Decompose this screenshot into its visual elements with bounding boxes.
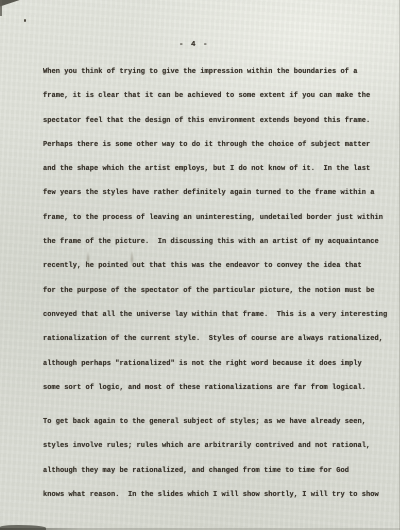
- ink-smudge: [86, 251, 90, 267]
- scanned-document-page: - 4 - When you think of trying to give t…: [0, 0, 400, 530]
- paragraph: To get back again to the general subject…: [43, 410, 387, 507]
- text-line: frame, it is clear that it can be achiev…: [43, 84, 387, 108]
- ink-speck: [24, 19, 26, 22]
- text-line: some sort of logic, and most of these ra…: [43, 376, 387, 400]
- paragraph: When you think of trying to give the imp…: [43, 60, 387, 400]
- text-line: To get back again to the general subject…: [43, 410, 387, 434]
- text-line: and the shape which the artist employs, …: [43, 157, 387, 181]
- text-line: the frame of the picture. In discussing …: [43, 230, 387, 254]
- text-line: frame, to the process of leaving an unin…: [43, 206, 387, 230]
- text-line: spectator feel that the design of this e…: [43, 109, 387, 133]
- typewritten-text-body: When you think of trying to give the imp…: [43, 60, 387, 507]
- text-line: styles involve rules; rules which are ar…: [43, 434, 387, 458]
- text-line: few years the styles have rather definit…: [43, 181, 387, 205]
- text-line: When you think of trying to give the imp…: [43, 60, 387, 84]
- text-line: recently, he pointed out that this was t…: [43, 254, 387, 278]
- text-line: Perhaps there is some other way to do it…: [43, 133, 387, 157]
- scan-edge-artifact-bottom-left: [0, 525, 46, 530]
- text-line: knows what reason. In the slides which I…: [43, 483, 387, 507]
- text-line: although perhaps "rationalized" is not t…: [43, 352, 387, 376]
- scan-edge-artifact-top-left: [0, 0, 20, 8]
- text-line: although they may be rationalized, and c…: [43, 459, 387, 483]
- ink-smudge: [130, 251, 134, 267]
- page-number-header: - 4 -: [0, 41, 388, 49]
- scan-edge-artifact-left: [0, 0, 2, 16]
- text-line: conveyed that all the universe lay withi…: [43, 303, 387, 327]
- text-line: rationalization of the current style. St…: [43, 327, 387, 351]
- text-line: for the purpose of the spectator of the …: [43, 279, 387, 303]
